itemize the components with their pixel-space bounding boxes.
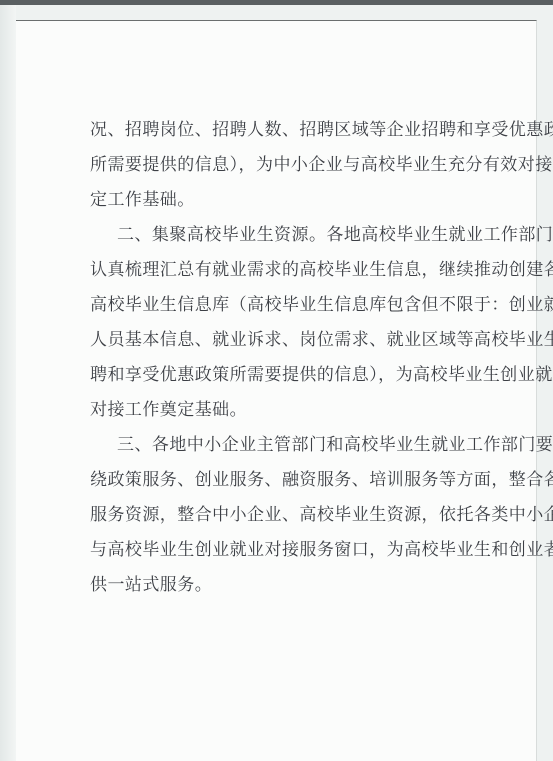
scan-top-edge: [0, 0, 553, 5]
text-line: 服务资源，整合中小企业、高校毕业生资源，依托各类中小企业: [90, 505, 465, 525]
text-line: 供一站式服务。: [90, 575, 465, 595]
scan-left-edge: [0, 5, 16, 761]
text-line: 人员基本信息、就业诉求、岗位需求、就业区域等高校毕业生应: [90, 330, 465, 350]
text-line: 况、招聘岗位、招聘人数、招聘区域等企业招聘和享受优惠政策: [90, 120, 465, 140]
text-line: 高校毕业生信息库（高校毕业生信息库包含但不限于：创业就业: [90, 295, 465, 315]
text-line: 定工作基础。: [90, 190, 465, 210]
text-line: 对接工作奠定基础。: [90, 400, 465, 420]
text-line: 与高校毕业生创业就业对接服务窗口，为高校毕业生和创业者提: [90, 540, 465, 560]
paragraph-2-heading: 二、集聚高校毕业生资源。各地高校毕业生就业工作部门要: [117, 225, 465, 245]
text-line: 认真梳理汇总有就业需求的高校毕业生信息，继续推动创建各类: [90, 260, 465, 280]
text-line: 聘和享受优惠政策所需要提供的信息），为高校毕业生创业就业: [90, 365, 465, 385]
paragraph-3-heading: 三、各地中小企业主管部门和高校毕业生就业工作部门要围: [117, 435, 465, 455]
text-line: 绕政策服务、创业服务、融资服务、培训服务等方面，整合各类: [90, 470, 465, 490]
text-line: 所需要提供的信息），为中小企业与高校毕业生充分有效对接奠: [90, 155, 465, 175]
